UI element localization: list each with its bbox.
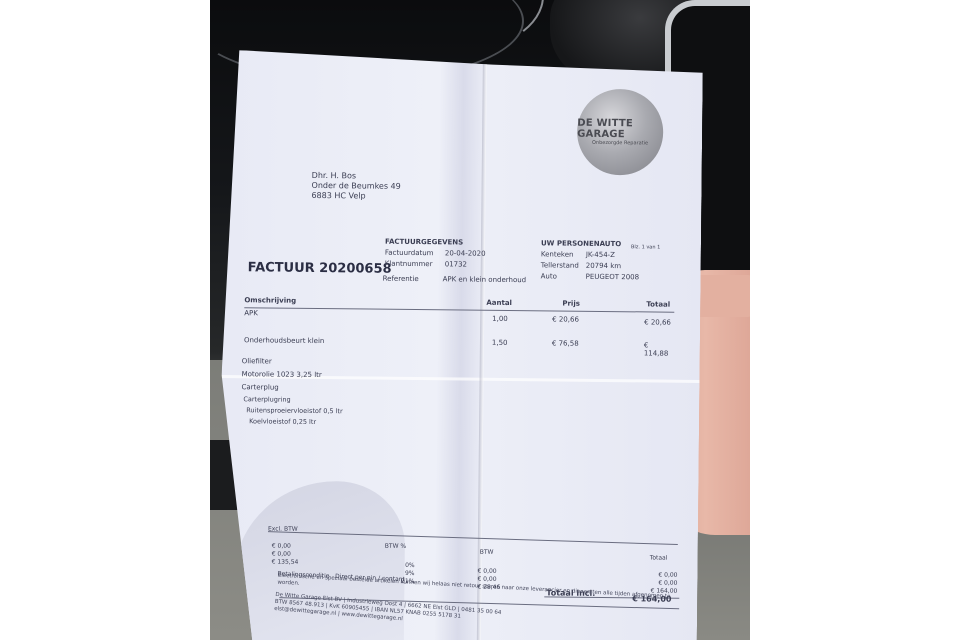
row-quantity: 1,00 (492, 315, 508, 323)
row-quantity: 1,50 (492, 339, 508, 347)
table-row: Onderhoudsbeurt klein 1,50 € 76,58 € 114… (244, 336, 674, 341)
btw-pct-label: BTW % (385, 543, 406, 551)
row-description: Onderhoudsbeurt klein (244, 336, 325, 345)
row-total: € 114,88 (644, 341, 674, 357)
reference: APK en klein onderhoud (443, 274, 527, 286)
vat-total-label: Totaal (650, 554, 668, 562)
vat-excl-column: € 0,00 € 0,00 € 135,54 (272, 543, 299, 567)
invoice-date-label: Factuurdatum (385, 248, 445, 260)
odometer-label: Tellerstand (541, 260, 586, 271)
sub-items-list: Oliefilter Motorolie 1023 3,25 ltr Carte… (241, 355, 343, 428)
customer-number-label: Klantnummer (385, 259, 445, 271)
row-price: € 76,58 (552, 339, 579, 347)
customer-address: Dhr. H. Bos Onder de Beumkes 49 6883 HC … (311, 171, 400, 202)
row-price: € 20,66 (552, 315, 579, 323)
vat-excl: € 0,00 (272, 543, 299, 551)
col-price: Prijs (562, 300, 580, 308)
vat-btw: € 0,00 (478, 568, 501, 576)
vat-excl: € 0,00 (272, 551, 299, 559)
sub-item: Motorolie 1023 3,25 ltr (242, 368, 344, 382)
invoice-details: FACTUURGEGEVENS Factuurdatum20-04-2020 K… (385, 237, 527, 286)
invoice-title: FACTUUR 20200658 (248, 260, 392, 277)
car-model-label: Auto (541, 271, 586, 282)
col-description: Omschrijving (244, 296, 296, 305)
sub-item: Oliefilter (242, 355, 344, 369)
col-total: Totaal (646, 300, 670, 308)
row-description: APK (244, 309, 258, 317)
page-number: Blz. 1 van 1 (631, 242, 660, 253)
btw-label: BTW (480, 549, 494, 557)
vehicle-details: UW PERSONENAUTO KentekenJK-454-Z Tellers… (541, 238, 640, 283)
row-total: € 20,66 (644, 318, 671, 326)
invoice-paper: DE WITTE GARAGE Onbezorgde Reparatie Dhr… (219, 50, 703, 640)
odometer: 20794 km (586, 261, 621, 272)
vat-excl: € 135,54 (272, 559, 299, 567)
company-logo: DE WITTE GARAGE Onbezorgde Reparatie (577, 89, 664, 176)
sub-item: Koelvloeistof 0,25 ltr (241, 416, 343, 428)
table-header: Omschrijving Aantal Prijs Totaal (244, 296, 674, 313)
col-quantity: Aantal (486, 299, 512, 307)
invoice-date: 20-04-2020 (445, 248, 486, 259)
logo-tagline: Onbezorgde Reparatie (592, 140, 648, 147)
logo-name: DE WITTE GARAGE (577, 118, 663, 141)
photo-background: DE WITTE GARAGE Onbezorgde Reparatie Dhr… (210, 0, 750, 640)
license-plate-label: Kenteken (541, 249, 586, 260)
sub-item: Carterplug (241, 381, 343, 395)
customer-number: 01732 (445, 259, 467, 270)
reference-label: Referentie (383, 274, 443, 286)
license-plate: JK-454-Z (586, 250, 615, 261)
vat-pct: 0% (395, 562, 415, 570)
customer-city: 6883 HC Velp (311, 191, 400, 202)
car-model: PEUGEOT 2008 (586, 272, 640, 284)
